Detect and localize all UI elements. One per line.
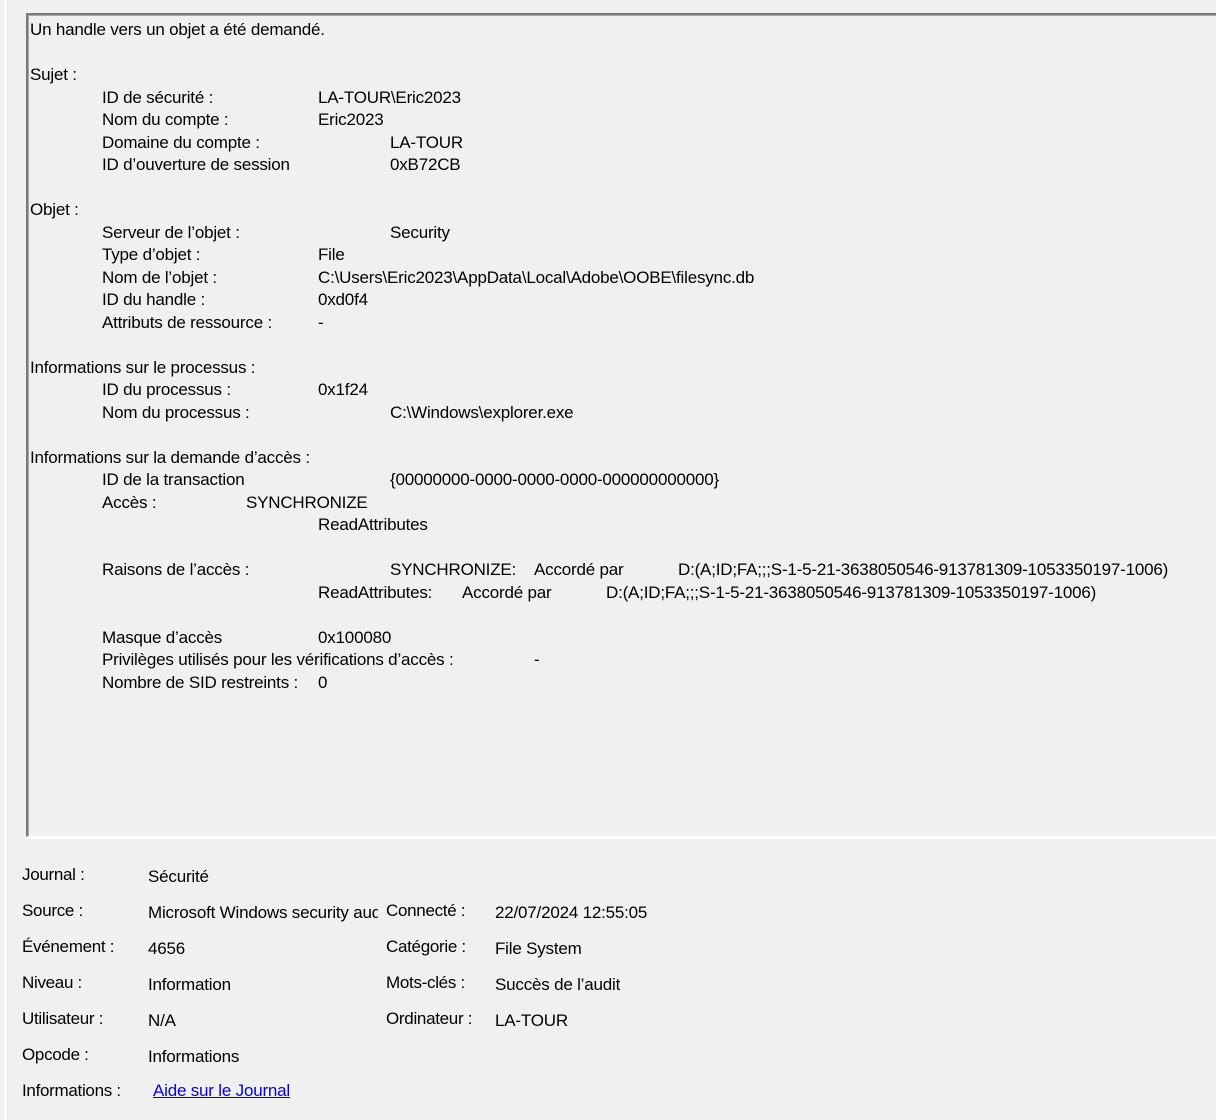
transaction-id-value: {00000000-0000-0000-0000-000000000000} xyxy=(390,469,719,491)
transaction-id-label: ID de la transaction xyxy=(102,469,244,491)
restricted-sid-value: 0 xyxy=(318,672,327,694)
logon-id-label: ID d’ouverture de session xyxy=(102,154,290,176)
logged-value[interactable]: 22/07/2024 12:55:05 xyxy=(495,902,647,924)
privileges-value: - xyxy=(534,649,539,671)
opcode-value[interactable]: Informations xyxy=(148,1046,239,1068)
reason-right: ReadAttributes: xyxy=(318,582,432,604)
log-label: Journal : xyxy=(22,864,85,886)
computer-value[interactable]: LA-TOUR xyxy=(495,1010,568,1032)
opcode-label: Opcode : xyxy=(22,1044,89,1066)
event-log-help-link[interactable]: Aide sur le Journal xyxy=(153,1080,290,1102)
process-id-label: ID du processus : xyxy=(102,379,231,401)
user-label: Utilisateur : xyxy=(22,1008,103,1030)
reason-granted: Accordé par xyxy=(462,582,551,604)
resource-attrs-label: Attributs de ressource : xyxy=(102,312,272,334)
logon-id-value: 0xB72CB xyxy=(390,154,460,176)
subject-heading: Sujet : xyxy=(30,64,77,86)
object-server-label: Serveur de l’objet : xyxy=(102,222,240,244)
privileges-label: Privilèges utilisés pour les vérificatio… xyxy=(102,649,453,671)
reason-right: SYNCHRONIZE: xyxy=(390,559,516,581)
category-label: Catégorie : xyxy=(386,936,466,958)
process-id-value: 0x1f24 xyxy=(318,379,368,401)
security-id-value: LA-TOUR\Eric2023 xyxy=(318,87,461,109)
process-name-value: C:\Windows\explorer.exe xyxy=(390,402,573,424)
handle-id-value: 0xd0f4 xyxy=(318,289,368,311)
account-domain-label: Domaine du compte : xyxy=(102,132,260,154)
log-value[interactable]: Sécurité xyxy=(148,866,209,888)
resource-attrs-value: - xyxy=(318,312,323,334)
access-heading: Informations sur la demande d’accès : xyxy=(30,447,310,469)
account-domain-value: LA-TOUR xyxy=(390,132,463,154)
computer-label: Ordinateur : xyxy=(386,1008,472,1030)
level-label: Niveau : xyxy=(22,972,82,994)
user-value[interactable]: N/A xyxy=(148,1010,176,1032)
access-item: SYNCHRONIZE xyxy=(246,492,368,514)
keywords-value[interactable]: Succès de l’audit xyxy=(495,974,620,996)
handle-id-label: ID du handle : xyxy=(102,289,205,311)
account-name-value: Eric2023 xyxy=(318,109,384,131)
security-id-label: ID de sécurité : xyxy=(102,87,213,109)
access-mask-value: 0x100080 xyxy=(318,627,391,649)
process-name-label: Nom du processus : xyxy=(102,402,250,424)
object-type-value: File xyxy=(318,244,345,266)
event-id-label: Événement : xyxy=(22,936,114,958)
accesses-label: Accès : xyxy=(102,492,156,514)
category-value[interactable]: File System xyxy=(495,938,582,960)
object-name-label: Nom de l’objet : xyxy=(102,267,217,289)
event-id-value[interactable]: 4656 xyxy=(148,938,185,960)
access-item: ReadAttributes xyxy=(318,514,428,536)
object-type-label: Type d’objet : xyxy=(102,244,200,266)
source-value[interactable]: Microsoft Windows security auditing. xyxy=(148,902,378,924)
reason-by: D:(A;ID;FA;;;S-1-5-21-3638050546-9137813… xyxy=(606,582,1096,604)
reason-by: D:(A;ID;FA;;;S-1-5-21-3638050546-9137813… xyxy=(678,559,1168,581)
event-intro: Un handle vers un objet a été demandé. xyxy=(30,19,325,41)
reason-granted: Accordé par xyxy=(534,559,623,581)
restricted-sid-label: Nombre de SID restreints : xyxy=(102,672,298,694)
event-properties-general: Un handle vers un objet a été demandé. S… xyxy=(0,0,1216,1120)
object-server-value: Security xyxy=(390,222,450,244)
access-mask-label: Masque d’accès xyxy=(102,627,222,649)
level-value[interactable]: Information xyxy=(148,974,231,996)
textbox-bottom-border xyxy=(26,837,1216,839)
logged-label: Connecté : xyxy=(386,900,465,922)
process-heading: Informations sur le processus : xyxy=(30,357,255,379)
source-label: Source : xyxy=(22,900,83,922)
more-info-label: Informations : xyxy=(22,1080,121,1102)
object-name-value: C:\Users\Eric2023\AppData\Local\Adobe\OO… xyxy=(318,267,754,289)
pane-edge xyxy=(4,0,8,1120)
object-heading: Objet : xyxy=(30,199,79,221)
access-reasons-label: Raisons de l’accès : xyxy=(102,559,249,581)
account-name-label: Nom du compte : xyxy=(102,109,228,131)
keywords-label: Mots-clés : xyxy=(386,972,465,994)
